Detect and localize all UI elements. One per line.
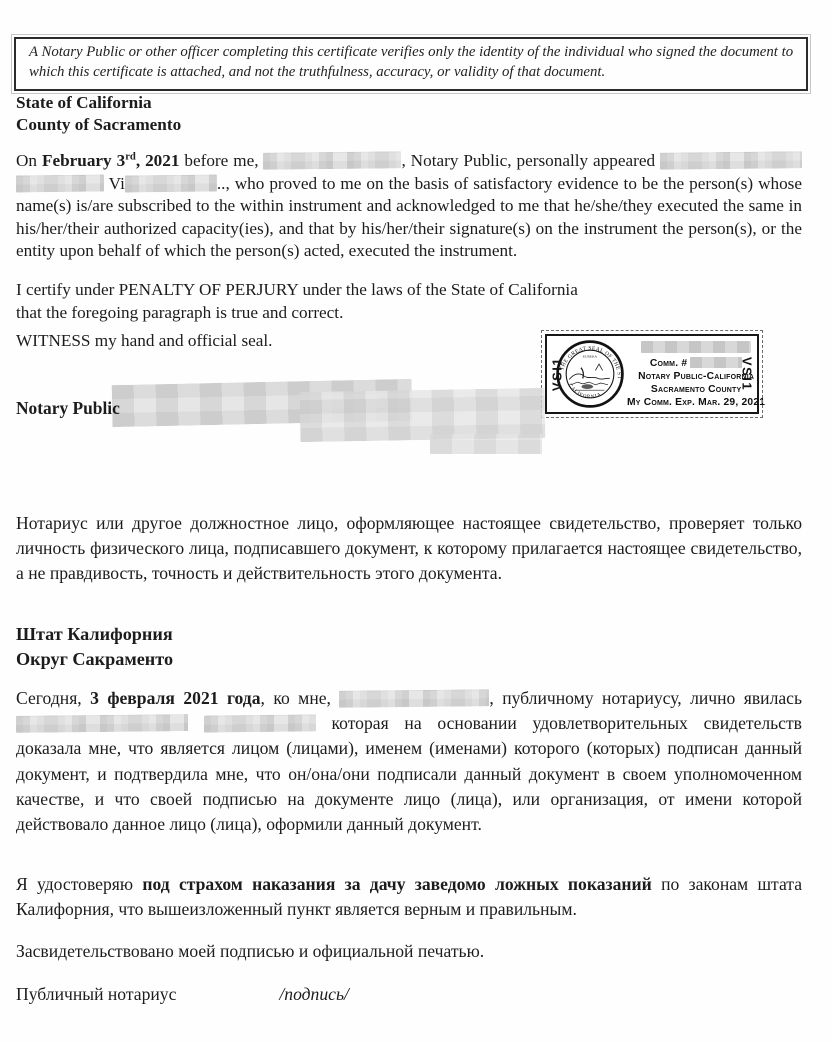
seal-motto-text: EUREKA [583, 354, 598, 358]
notary-disclaimer-ru: Нотариус или другое должностное лицо, оф… [16, 511, 802, 587]
redacted-text [690, 357, 742, 368]
notary-disclaimer-text: A Notary Public or other officer complet… [29, 44, 793, 80]
redacted-text [641, 341, 751, 353]
venue-block-ru: Штат Калифорния Округ Сакраменто [16, 622, 802, 671]
seal-scene-art [569, 364, 610, 390]
stamp-name-redacted [627, 341, 765, 357]
redacted-text [660, 151, 802, 169]
notary-certificate-page: A Notary Public or other officer complet… [0, 0, 832, 1042]
state-line-en: State of California [16, 92, 802, 114]
venue-block-en: State of California County of Sacramento [16, 92, 802, 136]
redacted-text [204, 715, 316, 733]
county-line-ru: Округ Сакраменто [16, 647, 802, 672]
signature-placeholder-ru: /подпись/ [279, 984, 348, 1004]
acknowledgment-paragraph-en: On February 3rd, 2021 before me, , Notar… [16, 150, 802, 263]
notary-public-label-en: Notary Public [16, 398, 802, 419]
perjury-paragraph-ru: Я удостоверяю под страхом наказания за д… [16, 872, 802, 922]
county-line-en: County of Sacramento [16, 114, 802, 136]
redacted-text [125, 174, 217, 192]
stamp-commission-label: Comm. # [650, 358, 687, 369]
perjury-paragraph-en: I certify under PENALTY OF PERJURY under… [16, 278, 802, 324]
stamp-side-marking-left: VSI1 [550, 357, 565, 391]
notary-disclaimer-box: A Notary Public or other officer complet… [14, 37, 808, 91]
redacted-text [339, 689, 489, 708]
witness-line-ru: Засвидетельствовано моей подписью и офиц… [16, 941, 802, 962]
notary-public-row-ru: Публичный нотариус/подпись/ [16, 984, 802, 1005]
perjury-line2-en: that the foregoing paragraph is true and… [16, 301, 802, 324]
notary-public-label-ru: Публичный нотариус [16, 984, 176, 1004]
redacted-text [16, 714, 188, 733]
redacted-text [16, 174, 104, 192]
perjury-line1-en: I certify under PENALTY OF PERJURY under… [16, 278, 802, 301]
signature-redaction [430, 434, 542, 454]
redacted-text [263, 151, 401, 169]
acknowledgment-paragraph-ru: Сегодня, 3 февраля 2021 года, ко мне, , … [16, 686, 802, 837]
stamp-side-marking-right: VSI1 [739, 357, 754, 391]
state-line-ru: Штат Калифорния [16, 622, 802, 647]
